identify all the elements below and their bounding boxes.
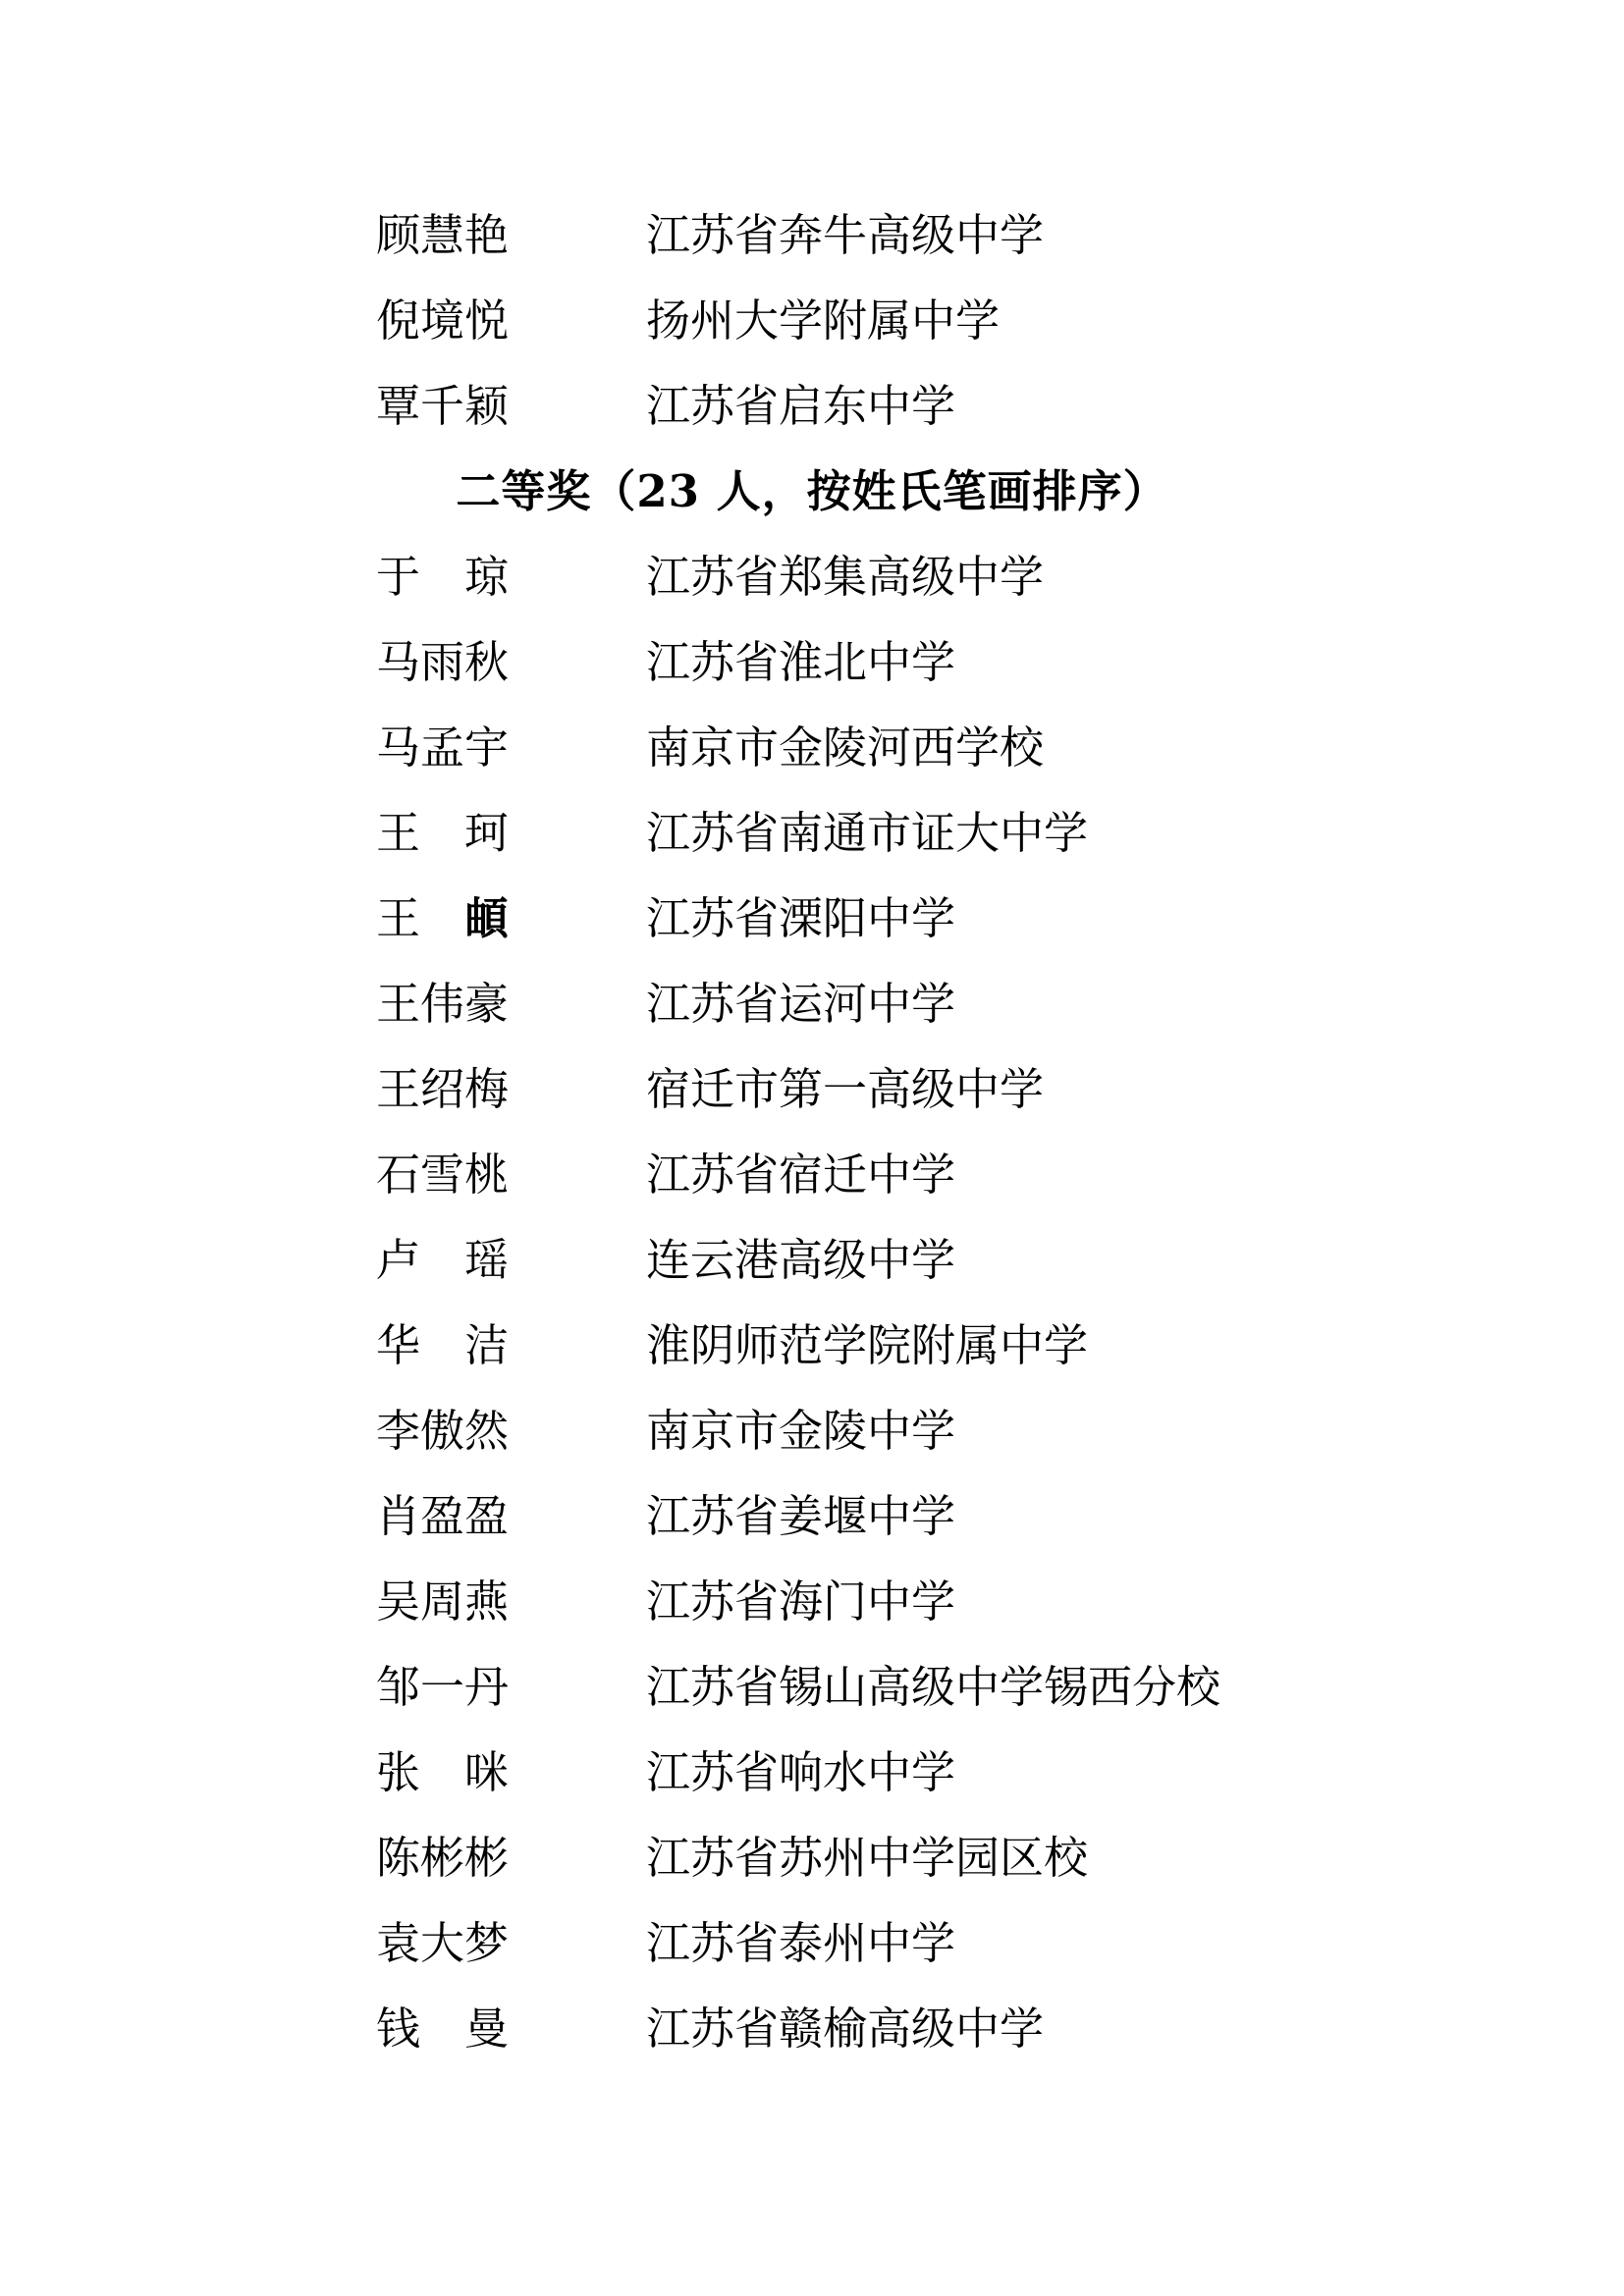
laureate-school: 江苏省赣榆高级中学 bbox=[646, 2006, 1044, 2051]
laureate-school: 江苏省溧阳中学 bbox=[646, 896, 955, 940]
laureate-school: 宿迁市第一高级中学 bbox=[646, 1067, 1044, 1111]
laureate-name: 倪境悦 bbox=[376, 298, 509, 343]
laureate-name: 李傲然 bbox=[376, 1409, 509, 1453]
name-char: 梦 bbox=[464, 1921, 509, 1965]
laureate-row: 于琼 江苏省郑集高级中学 bbox=[0, 534, 1624, 619]
laureate-name: 马孟宇 bbox=[376, 725, 509, 770]
laureate-name: 吴周燕 bbox=[376, 1579, 509, 1624]
name-char: 燕 bbox=[464, 1579, 509, 1624]
laureate-school: 江苏省淮北中学 bbox=[646, 640, 955, 684]
name-char: 王 bbox=[376, 896, 420, 940]
name-char: 邹 bbox=[376, 1665, 420, 1709]
laureate-row: 华洁 淮阴师范学院附属中学 bbox=[0, 1303, 1624, 1388]
laureate-name: 覃千颖 bbox=[376, 384, 509, 428]
name-char: 伟 bbox=[420, 982, 464, 1026]
laureate-school: 江苏省运河中学 bbox=[646, 982, 955, 1026]
laureate-school: 淮阴师范学院附属中学 bbox=[646, 1323, 1088, 1367]
award-list: 顾慧艳 江苏省奔牛高级中学 倪境悦 扬州大学附属中学 覃千颖 江苏省启东中学 二… bbox=[0, 192, 1624, 2071]
laureate-school: 江苏省姜堰中学 bbox=[646, 1494, 955, 1538]
name-char: 覃 bbox=[376, 384, 420, 428]
laureate-school: 江苏省海门中学 bbox=[646, 1579, 955, 1624]
laureate-name: 卢瑶 bbox=[376, 1238, 509, 1282]
name-char: 洁 bbox=[464, 1323, 509, 1367]
name-char: 卢 bbox=[376, 1238, 420, 1282]
laureate-name: 石雪桃 bbox=[376, 1152, 509, 1197]
name-char: 张 bbox=[376, 1750, 420, 1794]
name-char: 境 bbox=[420, 298, 464, 343]
name-char: 盈 bbox=[420, 1494, 464, 1538]
name-char: 顾 bbox=[376, 213, 420, 257]
laureate-name: 肖盈盈 bbox=[376, 1494, 509, 1538]
second-prize-list: 于琼 江苏省郑集高级中学 马雨秋 江苏省淮北中学 马孟宇 南京市金陵河西学校 王… bbox=[0, 534, 1624, 2071]
laureate-school: 南京市金陵河西学校 bbox=[646, 725, 1044, 770]
name-char: 雨 bbox=[420, 640, 464, 684]
laureate-name: 张咪 bbox=[376, 1750, 509, 1794]
laureate-school: 江苏省宿迁中学 bbox=[646, 1152, 955, 1197]
name-char: 盈 bbox=[464, 1494, 509, 1538]
name-char: 石 bbox=[376, 1152, 420, 1197]
laureate-school: 江苏省南通市证大中学 bbox=[646, 811, 1088, 855]
name-char: 陈 bbox=[376, 1836, 420, 1880]
name-char: 珂 bbox=[464, 811, 509, 855]
laureate-name: 袁大梦 bbox=[376, 1921, 509, 1965]
name-char: 于 bbox=[376, 555, 420, 599]
name-char: 慧 bbox=[420, 213, 464, 257]
laureate-row: 石雪桃 江苏省宿迁中学 bbox=[0, 1132, 1624, 1217]
laureate-name: 王珂 bbox=[376, 811, 509, 855]
laureate-school: 南京市金陵中学 bbox=[646, 1409, 955, 1453]
laureate-row: 倪境悦 扬州大学附属中学 bbox=[0, 278, 1624, 363]
name-char: 一 bbox=[420, 1665, 464, 1709]
laureate-row: 吴周燕 江苏省海门中学 bbox=[0, 1559, 1624, 1644]
laureate-school: 江苏省奔牛高级中学 bbox=[646, 213, 1044, 257]
name-char: 悦 bbox=[464, 298, 509, 343]
laureate-name: 马雨秋 bbox=[376, 640, 509, 684]
laureate-school: 江苏省苏州中学园区校 bbox=[646, 1836, 1088, 1880]
bold-substituted-char: 頔 bbox=[464, 896, 509, 940]
name-char: 倪 bbox=[376, 298, 420, 343]
section-heading: 二等奖（23 人，按姓氏笔画排序） bbox=[456, 469, 1167, 513]
laureate-name: 于琼 bbox=[376, 555, 509, 599]
name-char: 桃 bbox=[464, 1152, 509, 1197]
name-char: 彬 bbox=[464, 1836, 509, 1880]
name-char: 周 bbox=[420, 1579, 464, 1624]
name-char: 豪 bbox=[464, 982, 509, 1026]
name-char: 宇 bbox=[464, 725, 509, 770]
section-heading-row: 二等奖（23 人，按姓氏笔画排序） bbox=[0, 449, 1624, 534]
name-char: 华 bbox=[376, 1323, 420, 1367]
name-char: 袁 bbox=[376, 1921, 420, 1965]
laureate-row: 覃千颖 江苏省启东中学 bbox=[0, 363, 1624, 449]
laureate-school: 江苏省启东中学 bbox=[646, 384, 955, 428]
name-char: 雪 bbox=[420, 1152, 464, 1197]
name-char: 大 bbox=[420, 1921, 464, 1965]
name-char: 钱 bbox=[376, 2006, 420, 2051]
name-char: 颖 bbox=[464, 384, 509, 428]
name-char: 秋 bbox=[464, 640, 509, 684]
laureate-row: 邹一丹 江苏省锡山高级中学锡西分校 bbox=[0, 1644, 1624, 1730]
laureate-row: 陈彬彬 江苏省苏州中学园区校 bbox=[0, 1815, 1624, 1900]
laureate-row: 李傲然 南京市金陵中学 bbox=[0, 1388, 1624, 1473]
laureate-row: 钱曼 江苏省赣榆高级中学 bbox=[0, 1986, 1624, 2071]
laureate-row: 张咪 江苏省响水中学 bbox=[0, 1730, 1624, 1815]
laureate-row: 王頔 江苏省溧阳中学 bbox=[0, 876, 1624, 961]
name-char: 绍 bbox=[420, 1067, 464, 1111]
name-char: 马 bbox=[376, 725, 420, 770]
laureate-school: 江苏省郑集高级中学 bbox=[646, 555, 1044, 599]
name-char: 琼 bbox=[464, 555, 509, 599]
laureate-row: 王伟豪 江苏省运河中学 bbox=[0, 961, 1624, 1046]
name-char: 瑶 bbox=[464, 1238, 509, 1282]
name-char: 艳 bbox=[464, 213, 509, 257]
name-char: 曼 bbox=[464, 2006, 509, 2051]
name-char: 傲 bbox=[420, 1409, 464, 1453]
name-char: 孟 bbox=[420, 725, 464, 770]
name-char: 吴 bbox=[376, 1579, 420, 1624]
name-char: 马 bbox=[376, 640, 420, 684]
laureate-name: 王绍梅 bbox=[376, 1067, 509, 1111]
name-char: 肖 bbox=[376, 1494, 420, 1538]
laureate-name: 钱曼 bbox=[376, 2006, 509, 2051]
laureate-name: 王頔 bbox=[376, 896, 509, 940]
name-char: 咪 bbox=[464, 1750, 509, 1794]
laureate-row: 王绍梅 宿迁市第一高级中学 bbox=[0, 1046, 1624, 1132]
laureate-school: 连云港高级中学 bbox=[646, 1238, 955, 1282]
document-page: 顾慧艳 江苏省奔牛高级中学 倪境悦 扬州大学附属中学 覃千颖 江苏省启东中学 二… bbox=[0, 0, 1624, 2296]
laureate-row: 卢瑶 连云港高级中学 bbox=[0, 1217, 1624, 1303]
name-char: 王 bbox=[376, 982, 420, 1026]
name-char: 王 bbox=[376, 811, 420, 855]
name-char: 彬 bbox=[420, 1836, 464, 1880]
laureate-row: 王珂 江苏省南通市证大中学 bbox=[0, 790, 1624, 876]
name-char: 李 bbox=[376, 1409, 420, 1453]
laureate-name: 王伟豪 bbox=[376, 982, 509, 1026]
laureate-school: 江苏省泰州中学 bbox=[646, 1921, 955, 1965]
laureate-name: 华洁 bbox=[376, 1323, 509, 1367]
name-char: 王 bbox=[376, 1067, 420, 1111]
name-char: 千 bbox=[420, 384, 464, 428]
laureate-row: 肖盈盈 江苏省姜堰中学 bbox=[0, 1473, 1624, 1559]
laureate-row: 马雨秋 江苏省淮北中学 bbox=[0, 619, 1624, 705]
laureate-name: 陈彬彬 bbox=[376, 1836, 509, 1880]
laureate-school: 江苏省锡山高级中学锡西分校 bbox=[646, 1665, 1220, 1709]
laureate-name: 顾慧艳 bbox=[376, 213, 509, 257]
name-char: 丹 bbox=[464, 1665, 509, 1709]
name-char: 然 bbox=[464, 1409, 509, 1453]
laureate-school: 扬州大学附属中学 bbox=[646, 298, 1000, 343]
laureate-school: 江苏省响水中学 bbox=[646, 1750, 955, 1794]
laureate-row: 马孟宇 南京市金陵河西学校 bbox=[0, 705, 1624, 790]
laureate-row: 袁大梦 江苏省泰州中学 bbox=[0, 1900, 1624, 1986]
laureate-row: 顾慧艳 江苏省奔牛高级中学 bbox=[0, 192, 1624, 278]
name-char: 梅 bbox=[464, 1067, 509, 1111]
laureate-name: 邹一丹 bbox=[376, 1665, 509, 1709]
first-prize-continuation-list: 顾慧艳 江苏省奔牛高级中学 倪境悦 扬州大学附属中学 覃千颖 江苏省启东中学 bbox=[0, 192, 1624, 449]
